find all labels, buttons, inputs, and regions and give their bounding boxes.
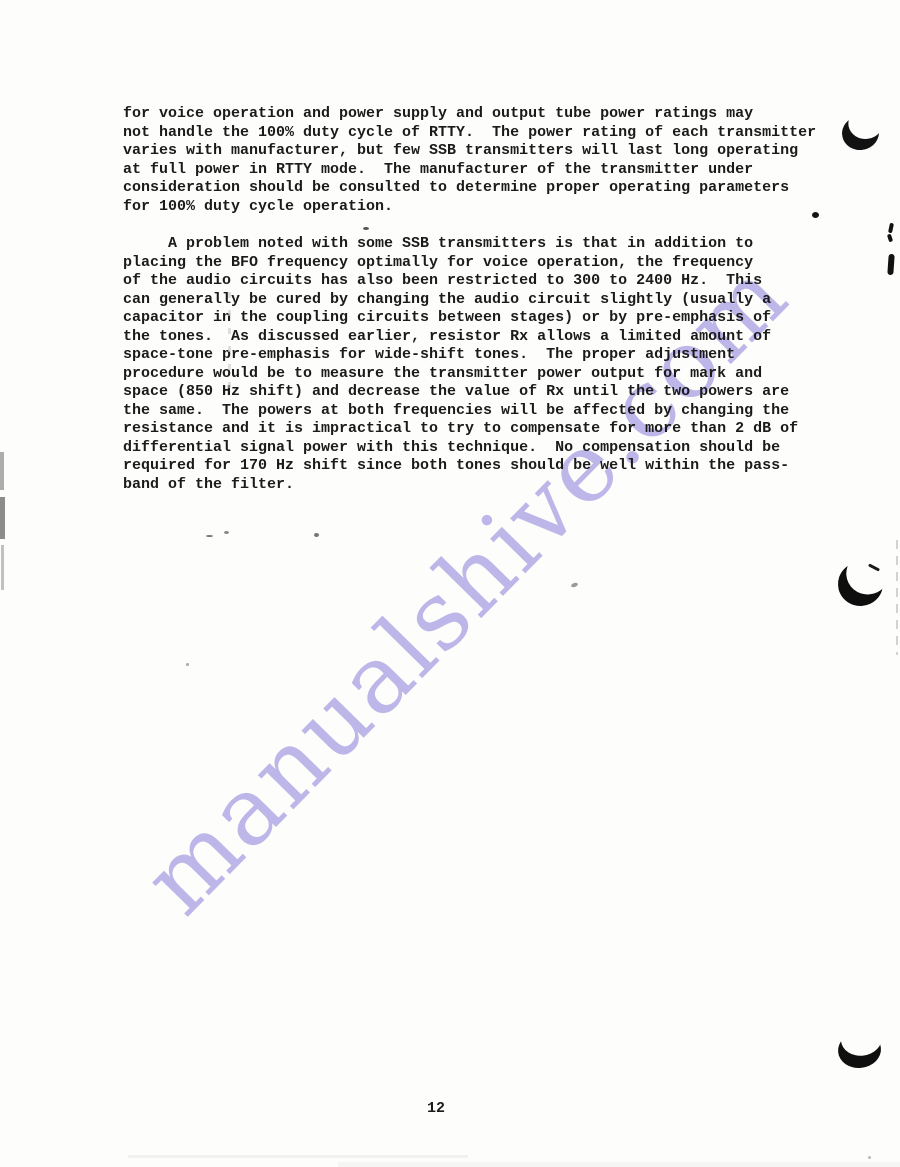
left-edge-artifact bbox=[1, 545, 4, 590]
page-number: 12 bbox=[427, 1100, 445, 1119]
binding-crescent-mark-top bbox=[839, 113, 881, 153]
scan-speck bbox=[206, 535, 213, 537]
scan-speck bbox=[363, 227, 369, 230]
bottom-edge-shade bbox=[128, 1155, 468, 1158]
bottom-edge-shade bbox=[338, 1162, 900, 1167]
scan-speck bbox=[186, 663, 189, 666]
ink-smudge bbox=[887, 254, 894, 275]
ink-smudge bbox=[887, 234, 893, 243]
left-edge-artifact bbox=[0, 497, 5, 539]
scanned-manual-page: manualshive.com for voice operation and … bbox=[0, 0, 900, 1167]
paragraph-1: for voice operation and power supply and… bbox=[123, 105, 816, 216]
ink-dot bbox=[812, 212, 819, 218]
scan-speck bbox=[224, 531, 229, 534]
ink-smudge bbox=[888, 223, 894, 234]
scan-speck bbox=[571, 582, 579, 588]
paragraph-2: A problem noted with some SSB transmitte… bbox=[123, 235, 798, 494]
right-edge-artifact bbox=[896, 540, 898, 655]
binding-crescent-mark-bottom bbox=[836, 1030, 883, 1070]
scan-speck bbox=[868, 1156, 871, 1159]
left-edge-artifact bbox=[0, 452, 4, 490]
scan-speck bbox=[314, 533, 319, 537]
scan-smudge-column bbox=[228, 292, 231, 392]
